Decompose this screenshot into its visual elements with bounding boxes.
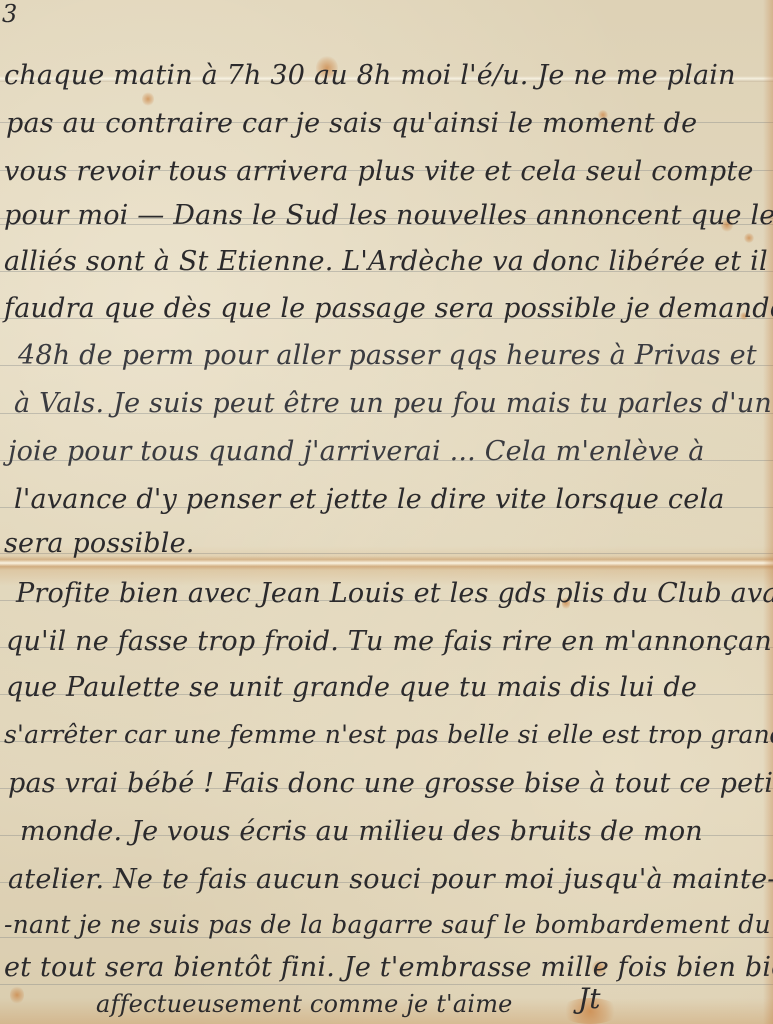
letter-line: pas au contraire car je sais qu'ainsi le… [6,108,697,139]
letter-line: alliés sont à St Etienne. L'Ardèche va d… [4,246,768,277]
signature: Jt [578,982,600,1015]
letter-line: -nant je ne suis pas de la bagarre sauf … [4,910,773,939]
letter-line: l'avance d'y penser et jette le dire vit… [14,484,725,515]
ruled-line [0,984,773,985]
letter-line: monde. Je vous écris au milieu des bruit… [20,816,703,847]
letter-line: faudra que dès que le passage sera possi… [4,293,773,324]
letter-line: pour moi — Dans le Sud les nouvelles ann… [4,200,773,231]
letter-line: sera possible. [4,528,195,559]
page-number: 3 [2,0,17,28]
letter-line: que Paulette se unit grande que tu mais … [6,672,697,703]
foxing-spot [744,233,754,243]
letter-line: et tout sera bientôt fini. Je t'embrasse… [4,952,773,983]
letter-line: atelier. Ne te fais aucun souci pour moi… [8,864,773,895]
letter-line: pas vrai bébé ! Fais donc une grosse bis… [8,768,773,799]
letter-line: s'arrêter car une femme n'est pas belle … [4,720,773,749]
letter-line: Profite bien avec Jean Louis et les gds … [16,578,773,609]
letter-line: vous revoir tous arrivera plus vite et c… [4,156,754,187]
letter-line: 48h de perm pour aller passer qqs heures… [18,340,757,371]
letter-line: chaque matin à 7h 30 au 8h moi l'é/u. Je… [4,60,736,91]
letter-closing: affectueusement comme je t'aime [96,990,513,1018]
letter-line: à Vals. Je suis peut être un peu fou mai… [14,388,773,419]
letter-line: joie pour tous quand j'arriverai ... Cel… [8,436,705,467]
letter-line: qu'il ne fasse trop froid. Tu me fais ri… [6,626,773,657]
foxing-spot [10,986,24,1004]
foxing-spot [142,92,154,106]
letter-page: 3 chaque matin à 7h 30 au 8h moi l'é/u. … [0,0,773,1024]
